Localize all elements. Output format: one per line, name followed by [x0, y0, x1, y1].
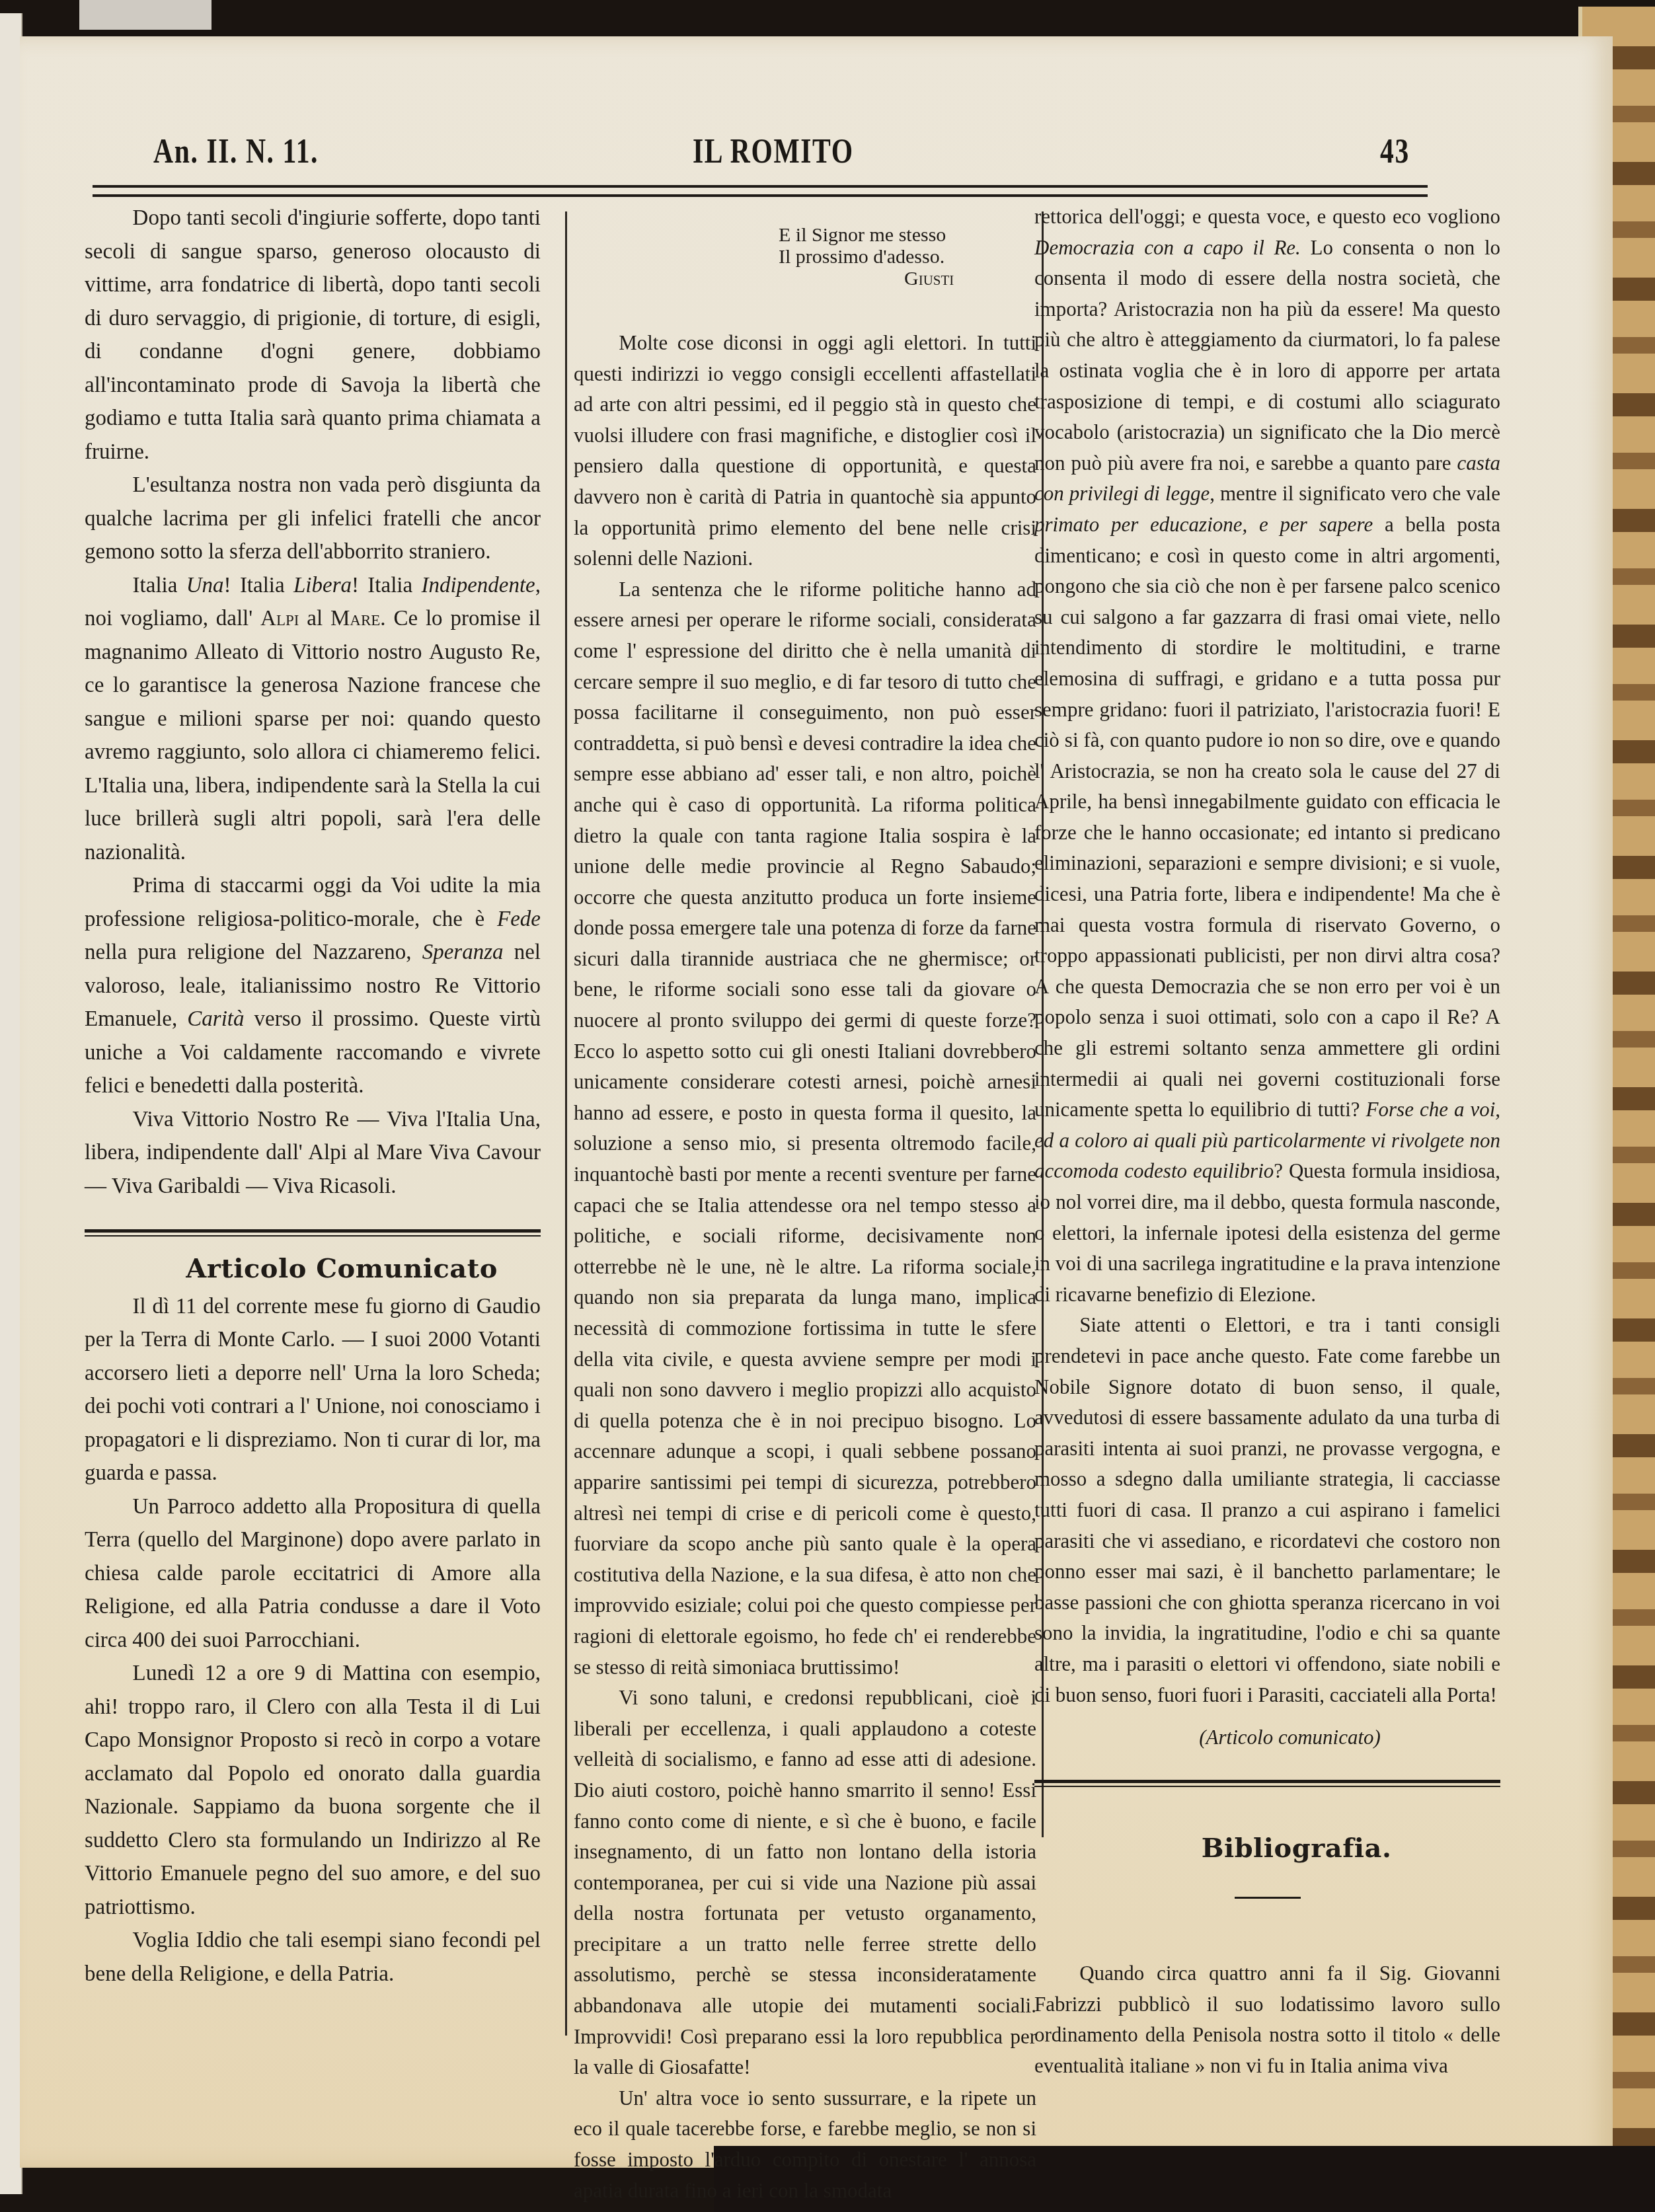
previous-page-edge	[0, 13, 22, 2194]
section-divider	[1034, 1780, 1500, 1787]
paragraph: Un' altra voce io sento sussurrare, e la…	[574, 2083, 1036, 2206]
paragraph: rettorica dell'oggi; e questa voce, e qu…	[1034, 202, 1500, 1310]
page-number: 43	[1380, 132, 1410, 171]
paragraph: Vi sono taluni, e credonsi repubblicani,…	[574, 1683, 1036, 2083]
paragraph: Siate attenti o Elettori, e tra i tanti …	[1034, 1310, 1500, 1710]
paragraph: Un Parroco addetto alla Propositura di q…	[85, 1490, 541, 1658]
paragraph: La sentenza che le riforme politiche han…	[574, 574, 1036, 1683]
paragraph: Lunedì 12 a ore 9 di Mattina con esempio…	[85, 1657, 541, 1924]
page-header: An. II. N. 11. IL ROMITO 43	[132, 132, 1158, 172]
column-divider	[565, 211, 567, 2036]
epigraph-author: Giusti	[779, 268, 1036, 289]
closing-acclamation: Viva Vittorio Nostro Re — Viva l'Italia …	[85, 1103, 541, 1203]
paragraph: Il dì 11 del corrente mese fu giorno di …	[85, 1290, 541, 1490]
issue-number: An. II. N. 11.	[153, 132, 319, 171]
paragraph: Molte cose diconsi in oggi agli elettori…	[574, 328, 1036, 574]
header-double-rule	[93, 185, 1428, 197]
paragraph: Prima di staccarmi oggi da Voi udite la …	[85, 869, 541, 1103]
left-column: Dopo tanti secoli d'ingiurie sofferte, d…	[85, 202, 541, 1991]
section-title: Articolo Comunicato	[85, 1252, 541, 1286]
paragraph: L'esultanza nostra non vada però disgiun…	[85, 469, 541, 569]
paragraph: Voglia Iddio che tali esempi siano fecon…	[85, 1924, 541, 1991]
epigraph: E il Signor me stesso Il prossimo d'ades…	[574, 224, 1036, 289]
paragraph: Quando circa quattro anni fa il Sig. Gio…	[1034, 1958, 1500, 2081]
masthead-title: IL ROMITO	[693, 132, 854, 171]
section-divider	[85, 1229, 541, 1237]
right-column: rettorica dell'oggi; e questa voce, e qu…	[1034, 202, 1500, 2082]
paragraph: Italia Una! Italia Libera! Italia Indipe…	[85, 569, 541, 870]
section-title: Bibliografia.	[1034, 1833, 1500, 1864]
paragraph: Dopo tanti secoli d'ingiurie sofferte, d…	[85, 202, 541, 469]
article-signoff: (Articolo comunicato)	[1034, 1722, 1500, 1753]
background-page-strip	[79, 0, 212, 30]
middle-column: E il Signor me stesso Il prossimo d'ades…	[574, 202, 1036, 2206]
